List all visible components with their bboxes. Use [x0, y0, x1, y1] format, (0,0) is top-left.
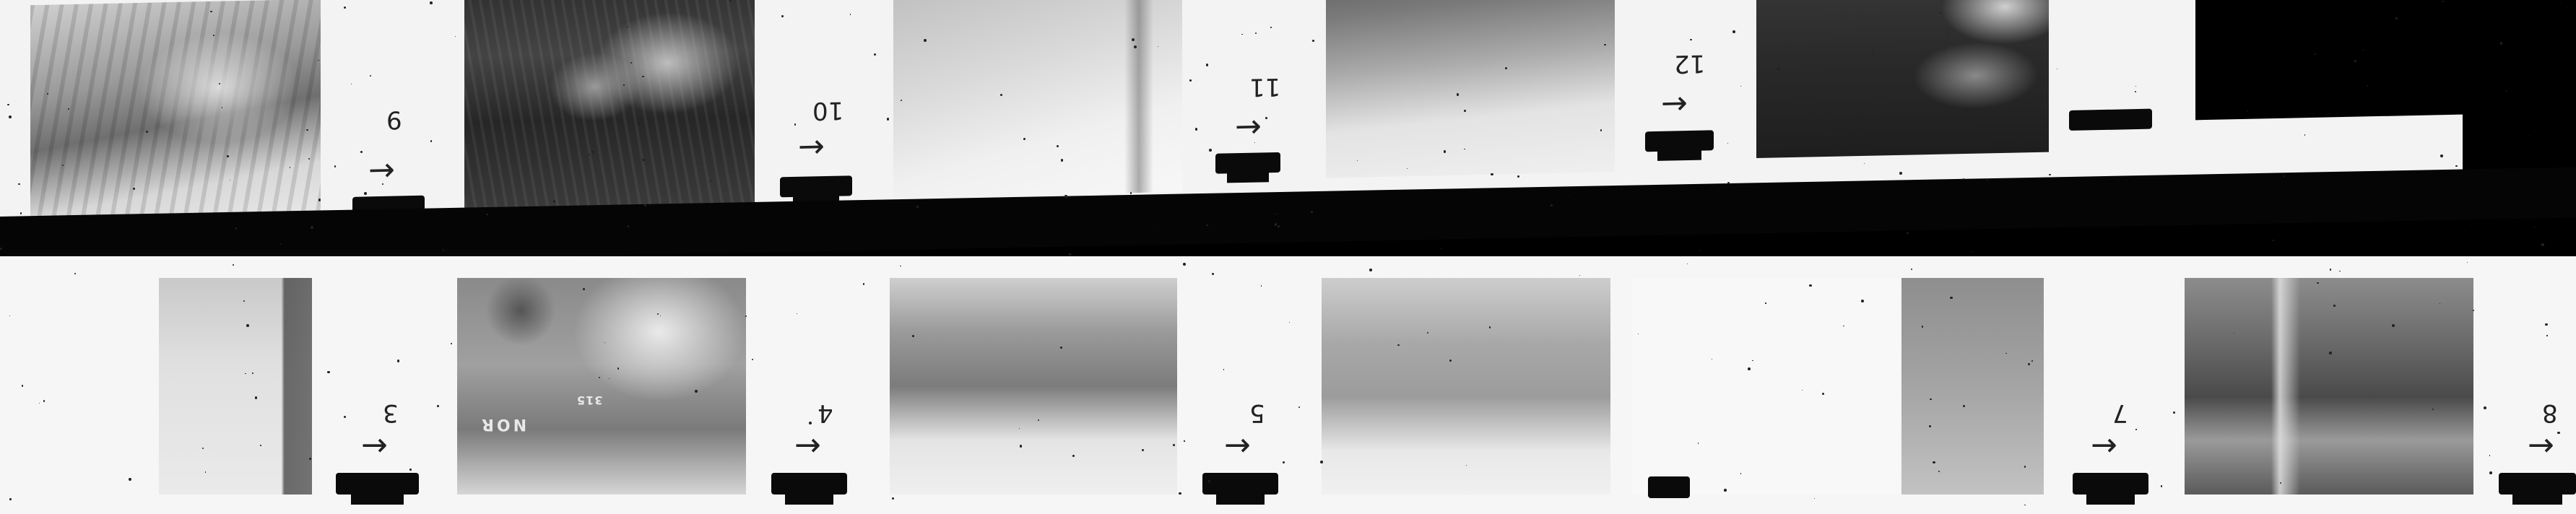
dust-speck — [246, 324, 249, 327]
dust-speck — [642, 76, 643, 77]
dust-speck — [599, 377, 600, 378]
dust-speck — [1369, 269, 1372, 271]
frame-6b-image — [1901, 278, 2044, 495]
dust-speck — [2546, 335, 2547, 336]
dust-speck — [1899, 172, 1902, 175]
dust-speck — [306, 129, 308, 131]
arrow-right-icon: → — [1224, 430, 1251, 461]
dust-speck — [235, 227, 237, 229]
dust-speck — [309, 458, 311, 460]
dust-speck — [2315, 53, 2316, 55]
frame-number: 9 — [386, 107, 402, 131]
frame-7-image — [2185, 278, 2473, 495]
dust-speck — [382, 183, 383, 185]
edge-mark — [2073, 473, 2148, 495]
dust-speck — [2467, 262, 2468, 263]
arrow-right-icon: → — [361, 430, 388, 461]
dust-speck — [1950, 297, 1952, 299]
frame-number: 10 — [812, 98, 844, 123]
road-number: 315 — [576, 393, 602, 407]
dust-speck — [2333, 305, 2335, 306]
frame-10-image — [464, 0, 755, 211]
dust-speck — [1357, 160, 1358, 161]
dust-speck — [1464, 110, 1466, 112]
dust-speck — [1195, 128, 1197, 130]
dust-speck — [1173, 444, 1175, 446]
edge-mark — [1645, 130, 1714, 152]
arrow-right-icon: → — [794, 430, 821, 461]
edge-mark — [780, 175, 852, 197]
dust-speck — [370, 75, 371, 77]
dust-speck — [2500, 42, 2502, 44]
dust-speck — [1209, 149, 1212, 152]
dust-speck — [710, 180, 711, 181]
dust-speck — [1752, 360, 1753, 361]
dust-speck — [574, 199, 575, 199]
dust-speck — [1466, 465, 1467, 466]
edge-mark — [2499, 473, 2576, 495]
dust-speck — [2489, 455, 2491, 456]
arrow-right-icon: → — [368, 154, 395, 187]
dust-speck — [2024, 505, 2025, 505]
arrow-right-icon: → — [1235, 110, 1262, 143]
dust-speck — [2329, 352, 2332, 354]
dust-speck — [9, 498, 12, 500]
dust-speck — [1724, 489, 1727, 492]
dust-speck — [213, 35, 214, 36]
dust-speck — [1278, 225, 1280, 227]
dust-speck — [1427, 332, 1428, 334]
edge-mark — [771, 473, 847, 495]
dust-speck — [1907, 232, 1909, 235]
edge-mark — [2069, 109, 2152, 131]
dust-speck — [1600, 129, 1602, 131]
dust-speck — [1265, 117, 1267, 119]
dust-speck — [1449, 360, 1452, 362]
dust-speck — [901, 100, 902, 101]
dust-speck — [238, 252, 239, 253]
dust-speck — [327, 371, 330, 374]
dust-speck — [644, 204, 646, 206]
dust-speck — [1206, 225, 1207, 226]
dust-speck — [1972, 251, 1973, 253]
dust-speck — [1861, 300, 1864, 302]
dust-speck — [1283, 461, 1285, 463]
frame-12-image — [1326, 0, 1615, 178]
dust-speck — [1183, 263, 1186, 266]
frame-6-blank — [1632, 278, 1899, 495]
dust-speck — [1441, 248, 1442, 250]
dust-speck — [1179, 492, 1181, 495]
dust-speck — [1061, 159, 1063, 161]
dust-speck — [1023, 138, 1025, 140]
dust-speck — [1184, 440, 1184, 441]
dust-speck — [486, 214, 488, 216]
dust-speck — [1457, 93, 1460, 96]
dust-speck — [146, 131, 147, 132]
film-scan: 9 → 10 → 11 → 12 → 3 → — [0, 0, 2576, 514]
tender-lettering: NOR — [479, 415, 526, 433]
arrow-right-icon: → — [1661, 87, 1688, 120]
dust-speck — [589, 154, 590, 155]
dust-speck — [1929, 425, 1931, 427]
edge-mark — [1648, 476, 1690, 498]
dust-speck — [1444, 150, 1446, 152]
frame-number: 11 — [1249, 74, 1280, 100]
edge-mark — [1202, 473, 1278, 495]
dust-speck — [2470, 225, 2471, 227]
dust-speck — [781, 15, 784, 17]
dust-speck — [1777, 68, 1780, 71]
dust-speck — [2135, 91, 2136, 92]
dust-speck — [2031, 360, 2033, 362]
dust-speck — [2354, 60, 2356, 62]
dust-speck — [1064, 195, 1067, 197]
dust-speck — [1208, 480, 1210, 482]
dust-speck — [794, 123, 797, 126]
dust-speck — [233, 264, 234, 266]
dust-speck — [2317, 282, 2319, 284]
dust-speck — [397, 360, 399, 362]
dust-speck — [176, 213, 177, 214]
dust-speck — [1130, 192, 1132, 194]
dust-speck — [2367, 85, 2369, 87]
dust-speck — [222, 107, 222, 108]
dust-speck — [1057, 145, 1059, 147]
dust-speck — [1000, 94, 1002, 96]
dust-speck — [1678, 69, 1680, 71]
dust-speck — [583, 288, 585, 290]
dust-speck — [2284, 175, 2285, 177]
dust-speck — [2506, 90, 2507, 91]
frame-2-image — [159, 278, 312, 495]
dust-speck — [1489, 326, 1491, 328]
dust-speck — [2489, 471, 2492, 474]
edge-mark — [336, 473, 419, 495]
bottom-film-strip: 3 → NOR 315 4 → 5 → 7 → 8 → — [0, 256, 2576, 514]
dust-speck — [1699, 250, 1700, 251]
dust-speck — [311, 226, 313, 229]
dust-speck — [252, 373, 253, 374]
dust-speck — [1270, 27, 1272, 28]
dust-speck — [1060, 347, 1062, 349]
dust-speck — [2330, 269, 2331, 270]
dust-speck — [2440, 154, 2443, 157]
dust-speck — [260, 445, 261, 446]
dust-speck — [1933, 461, 1935, 463]
dust-speck — [2005, 353, 2007, 354]
dust-speck — [2392, 324, 2395, 327]
dust-speck — [1491, 173, 1493, 176]
dust-speck — [2221, 225, 2222, 225]
dust-speck — [627, 26, 628, 27]
arrow-right-icon: → — [2091, 430, 2117, 461]
dust-speck — [68, 108, 69, 110]
dust-speck — [437, 405, 439, 407]
dust-speck — [850, 14, 851, 14]
dust-speck — [642, 159, 645, 162]
dust-speck — [1020, 445, 1022, 447]
frame-11-image — [893, 0, 1182, 198]
dust-speck — [623, 84, 624, 85]
dust-speck — [1072, 455, 1075, 457]
dust-speck — [2049, 174, 2050, 175]
dust-speck — [2304, 134, 2305, 135]
frame-4-image — [890, 278, 1177, 495]
dust-speck — [628, 225, 630, 227]
dust-speck — [1579, 275, 1580, 276]
dust-speck — [1241, 34, 1242, 35]
dust-speck — [1748, 367, 1751, 370]
dust-speck — [133, 188, 134, 189]
frame-number: 5 — [1249, 401, 1265, 425]
dust-speck — [916, 206, 919, 208]
dust-speck — [2135, 429, 2136, 430]
dust-speck — [2135, 86, 2136, 87]
dust-speck — [0, 248, 1, 249]
dust-speck — [1604, 44, 1605, 45]
frame-5-image — [1322, 278, 1610, 495]
dust-speck — [553, 200, 555, 202]
dust-speck — [1864, 163, 1865, 164]
dust-speck — [344, 416, 346, 418]
dust-speck — [1038, 419, 1039, 421]
dust-speck — [1212, 273, 1214, 275]
frame-number: 12 — [1674, 51, 1705, 77]
dust-speck — [20, 212, 22, 214]
dust-speck — [409, 469, 412, 471]
frame-3-image: NOR 315 — [457, 278, 746, 495]
dust-speck — [912, 335, 914, 337]
dust-speck — [657, 313, 659, 315]
dust-speck — [2567, 7, 2568, 8]
dust-speck — [1206, 64, 1208, 66]
dust-speck — [2529, 135, 2530, 136]
unexposed-end — [2195, 0, 2499, 120]
frame-number: 8 — [2542, 401, 2558, 425]
dust-speck — [1930, 398, 1932, 401]
edge-mark — [1215, 152, 1280, 174]
dust-speck — [430, 1, 433, 4]
dust-speck — [1765, 302, 1766, 303]
frame-9-image — [30, 0, 321, 222]
dust-speck — [2545, 323, 2547, 326]
frame-number: 7 — [2112, 401, 2128, 425]
frame-number: 4 — [818, 401, 833, 425]
dust-speck — [2057, 69, 2057, 69]
dust-speck — [1732, 30, 1735, 33]
dust-speck — [1069, 253, 1071, 256]
frame-number: 3 — [383, 401, 399, 425]
dust-speck — [2021, 142, 2023, 144]
arrow-right-icon: → — [2528, 430, 2554, 461]
dust-speck — [2534, 227, 2536, 228]
arrow-right-icon: → — [798, 131, 825, 163]
frame-13-image — [1756, 0, 2049, 158]
dust-speck — [364, 192, 367, 195]
dust-speck — [1320, 461, 1323, 463]
dust-speck — [2541, 243, 2544, 246]
dust-speck — [47, 93, 48, 95]
dust-speck — [1189, 79, 1191, 81]
dust-speck — [2273, 240, 2274, 241]
dust-speck — [2484, 406, 2486, 409]
dust-speck — [2432, 409, 2434, 410]
dust-speck — [2161, 485, 2162, 487]
dust-speck — [227, 155, 228, 157]
dust-speck — [43, 400, 45, 401]
dust-speck — [1312, 40, 1314, 42]
